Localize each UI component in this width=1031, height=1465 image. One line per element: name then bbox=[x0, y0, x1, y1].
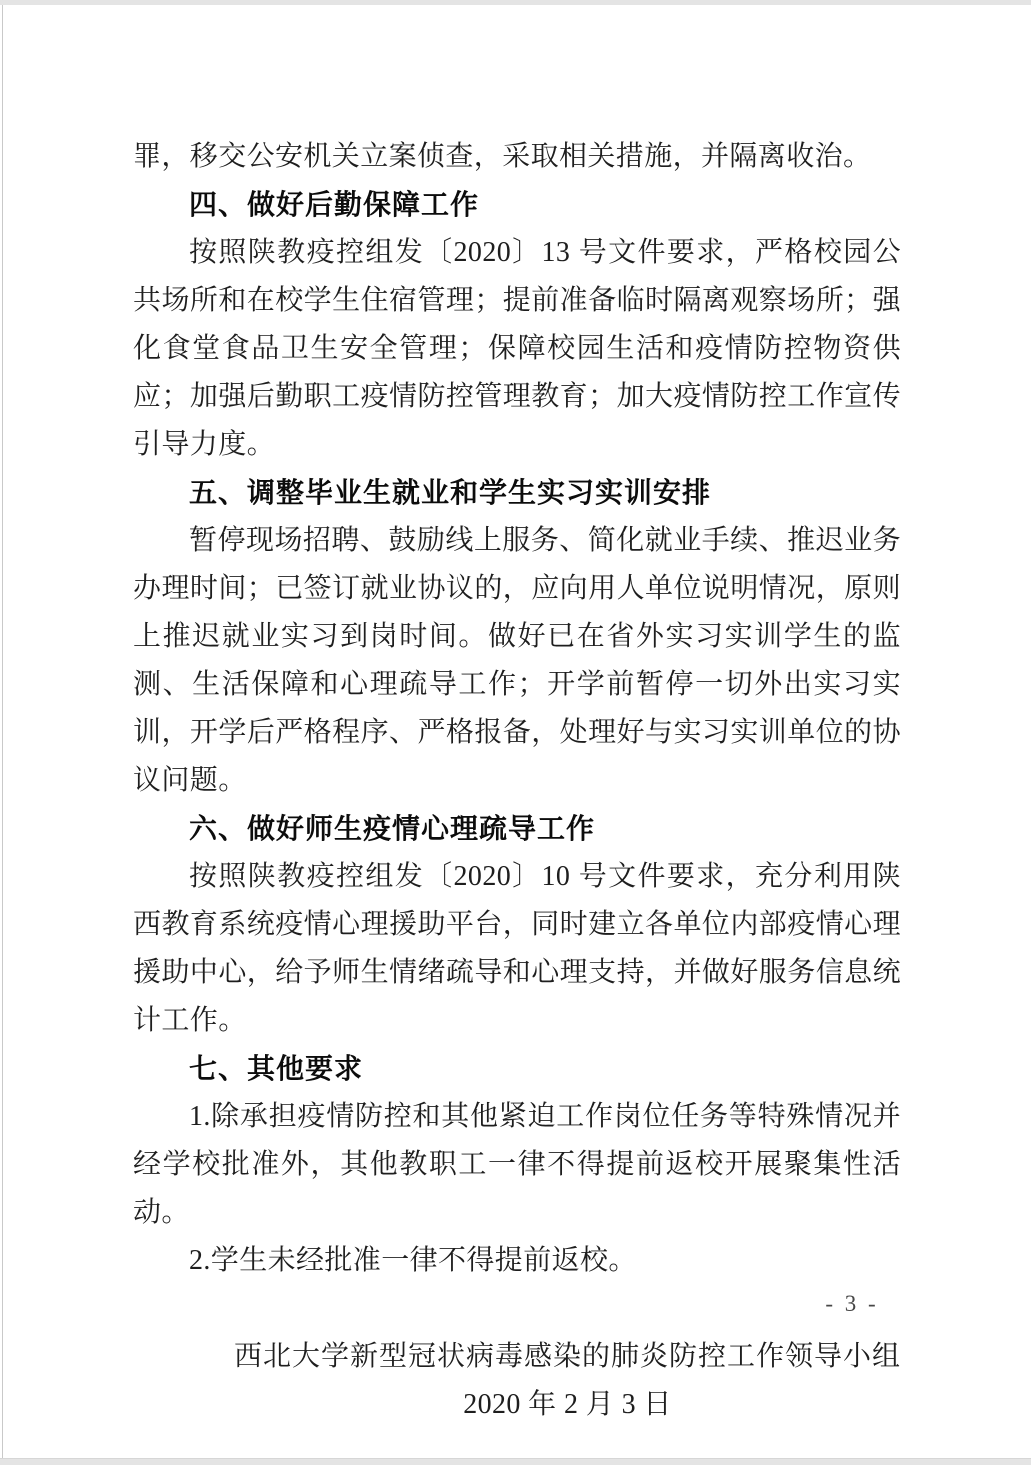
page-left-edge bbox=[2, 5, 3, 1459]
closing-inner: 西北大学新型冠状病毒感染的肺炎防控工作领导小组 2020 年 2 月 3 日 bbox=[234, 1333, 901, 1429]
page-number: - 3 - bbox=[812, 1288, 892, 1320]
document-page: 罪，移交公安机关立案侦查，采取相关措施，并隔离收治。 四、做好后勤保障工作 按照… bbox=[0, 0, 1031, 1465]
section-7-item-1: 1.除承担疫情防控和其他紧迫工作岗位任务等特殊情况并经学校批准外，其他教职工一律… bbox=[133, 1093, 901, 1237]
document-content: 罪，移交公安机关立案侦查，采取相关措施，并隔离收治。 四、做好后勤保障工作 按照… bbox=[133, 133, 901, 1429]
section-6-paragraph: 按照陕教疫控组发〔2020〕10 号文件要求，充分利用陕西教育系统疫情心理援助平… bbox=[133, 853, 901, 1045]
section-6-heading: 六、做好师生疫情心理疏导工作 bbox=[133, 805, 901, 853]
section-4-heading: 四、做好后勤保障工作 bbox=[133, 181, 901, 229]
section-5-heading: 五、调整毕业生就业和学生实习实训安排 bbox=[133, 469, 901, 517]
closing-block: 西北大学新型冠状病毒感染的肺炎防控工作领导小组 2020 年 2 月 3 日 bbox=[133, 1333, 901, 1429]
signature-line: 西北大学新型冠状病毒感染的肺炎防控工作领导小组 bbox=[234, 1333, 901, 1381]
continuation-paragraph: 罪，移交公安机关立案侦查，采取相关措施，并隔离收治。 bbox=[133, 133, 901, 181]
section-7-heading: 七、其他要求 bbox=[133, 1045, 901, 1093]
page-top-edge bbox=[0, 0, 1031, 5]
section-7-item-2: 2.学生未经批准一律不得提前返校。 bbox=[133, 1237, 901, 1285]
section-5-paragraph: 暂停现场招聘、鼓励线上服务、简化就业手续、推迟业务办理时间；已签订就业协议的，应… bbox=[133, 517, 901, 805]
page-bottom-edge bbox=[0, 1458, 1031, 1465]
date-line: 2020 年 2 月 3 日 bbox=[234, 1381, 901, 1429]
section-4-paragraph: 按照陕教疫控组发〔2020〕13 号文件要求，严格校园公共场所和在校学生住宿管理… bbox=[133, 229, 901, 469]
